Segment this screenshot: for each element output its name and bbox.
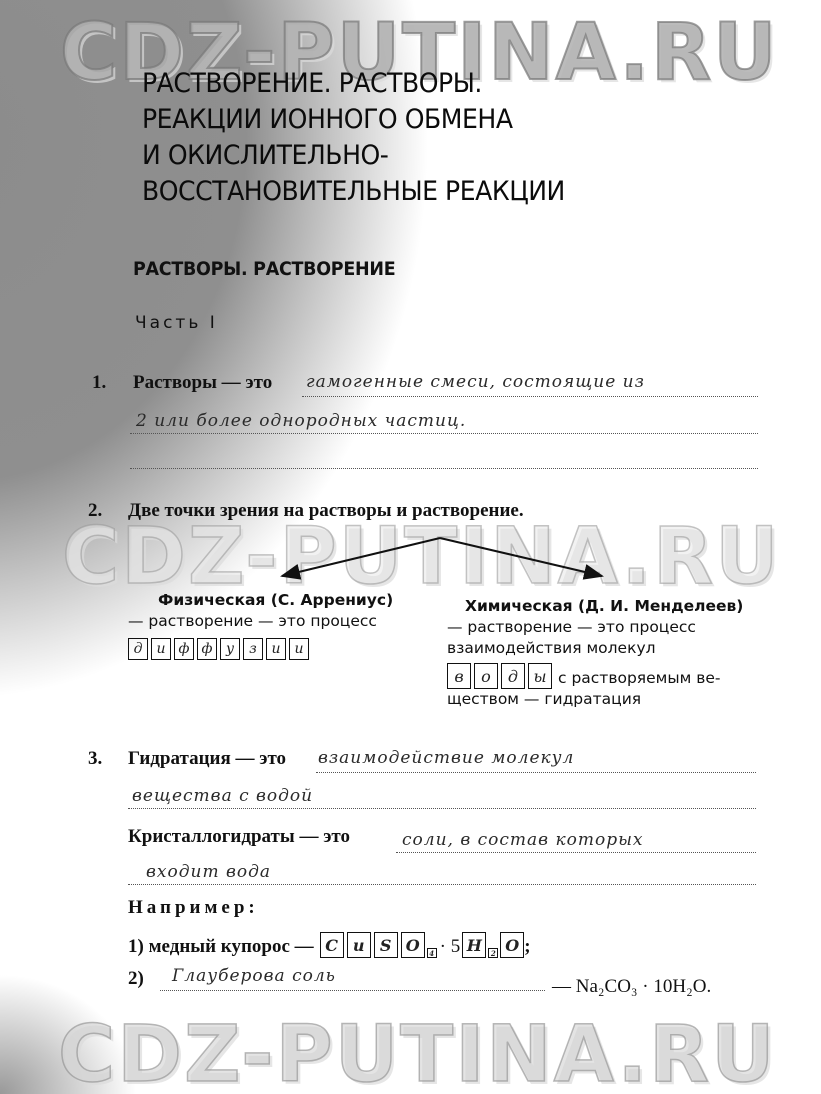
answer-line	[316, 772, 756, 773]
subscript-box[interactable]: 2	[488, 948, 498, 958]
crystal-answer-line2[interactable]: входит вода	[146, 862, 271, 882]
hydration-answer-line2[interactable]: вещества с водой	[132, 786, 313, 806]
diagram-arrows	[0, 0, 821, 1094]
multiplier: · 5	[440, 936, 461, 958]
chemical-after-boxes: с растворяемым ве-	[558, 668, 720, 689]
answer-line	[128, 808, 756, 809]
letter-box[interactable]: ы	[528, 663, 552, 689]
example-1-label: 1) медный купорос —	[128, 936, 314, 958]
crystal-prompt: Кристаллогидраты — это	[128, 826, 350, 848]
letter-box[interactable]: ф	[174, 638, 194, 660]
answer-line	[128, 884, 756, 885]
example-1-end: ;	[524, 936, 530, 958]
chemical-answer-boxes: в о д ы	[447, 663, 552, 689]
letter-box[interactable]: O	[401, 932, 425, 958]
letter-box[interactable]: O	[500, 932, 524, 958]
letter-box[interactable]: у	[220, 638, 240, 660]
letter-box[interactable]: C	[320, 932, 344, 958]
letter-box[interactable]: д	[501, 663, 525, 689]
example-2-label: 2)	[128, 968, 144, 990]
chemical-view: Химическая (Д. И. Менделеев) — растворен…	[447, 596, 743, 710]
subscript-box[interactable]: 4	[427, 948, 437, 958]
letter-box[interactable]: и	[151, 638, 171, 660]
hydration-prompt: Гидратация — это	[128, 748, 286, 770]
example-label: Например:	[128, 897, 259, 919]
chemical-answer-row: в о д ы с растворяемым ве-	[447, 663, 743, 689]
letter-box[interactable]: и	[289, 638, 309, 660]
letter-box[interactable]: ф	[197, 638, 217, 660]
answer-line	[160, 990, 545, 991]
letter-box[interactable]: в	[447, 663, 471, 689]
letter-box[interactable]: и	[266, 638, 286, 660]
letter-box[interactable]: о	[474, 663, 498, 689]
q3-number: 3.	[88, 748, 102, 770]
letter-box[interactable]: д	[128, 638, 148, 660]
physical-answer-boxes: д и ф ф у з и и	[128, 638, 393, 660]
example-1: 1) медный купорос — C u S O 4 · 5 H 2 O …	[128, 932, 531, 958]
formula-boxes: C u S O	[320, 932, 425, 958]
chemical-line2: взаимодействия молекул	[447, 638, 743, 659]
physical-view: Физическая (С. Аррениус) — растворение —…	[128, 590, 393, 660]
crystal-answer-line1[interactable]: соли, в состав которых	[402, 830, 644, 850]
answer-line	[396, 852, 756, 853]
letter-box[interactable]: u	[347, 932, 371, 958]
letter-box[interactable]: з	[243, 638, 263, 660]
physical-heading: Физическая (С. Аррениус)	[128, 590, 393, 611]
example-2-answer[interactable]: Глауберова соль	[172, 966, 336, 986]
chemical-line4: ществом — гидратация	[447, 689, 743, 710]
chemical-line1: — растворение — это процесс	[447, 617, 743, 638]
letter-box[interactable]: S	[374, 932, 398, 958]
example-2-formula: — Na₂CO₃ · 10H₂O.	[552, 976, 711, 998]
physical-text: — растворение — это процесс	[128, 611, 393, 632]
hydration-answer-line1[interactable]: взаимодействие молекул	[318, 748, 574, 768]
letter-box[interactable]: H	[462, 932, 486, 958]
chemical-heading: Химическая (Д. И. Менделеев)	[447, 596, 743, 617]
